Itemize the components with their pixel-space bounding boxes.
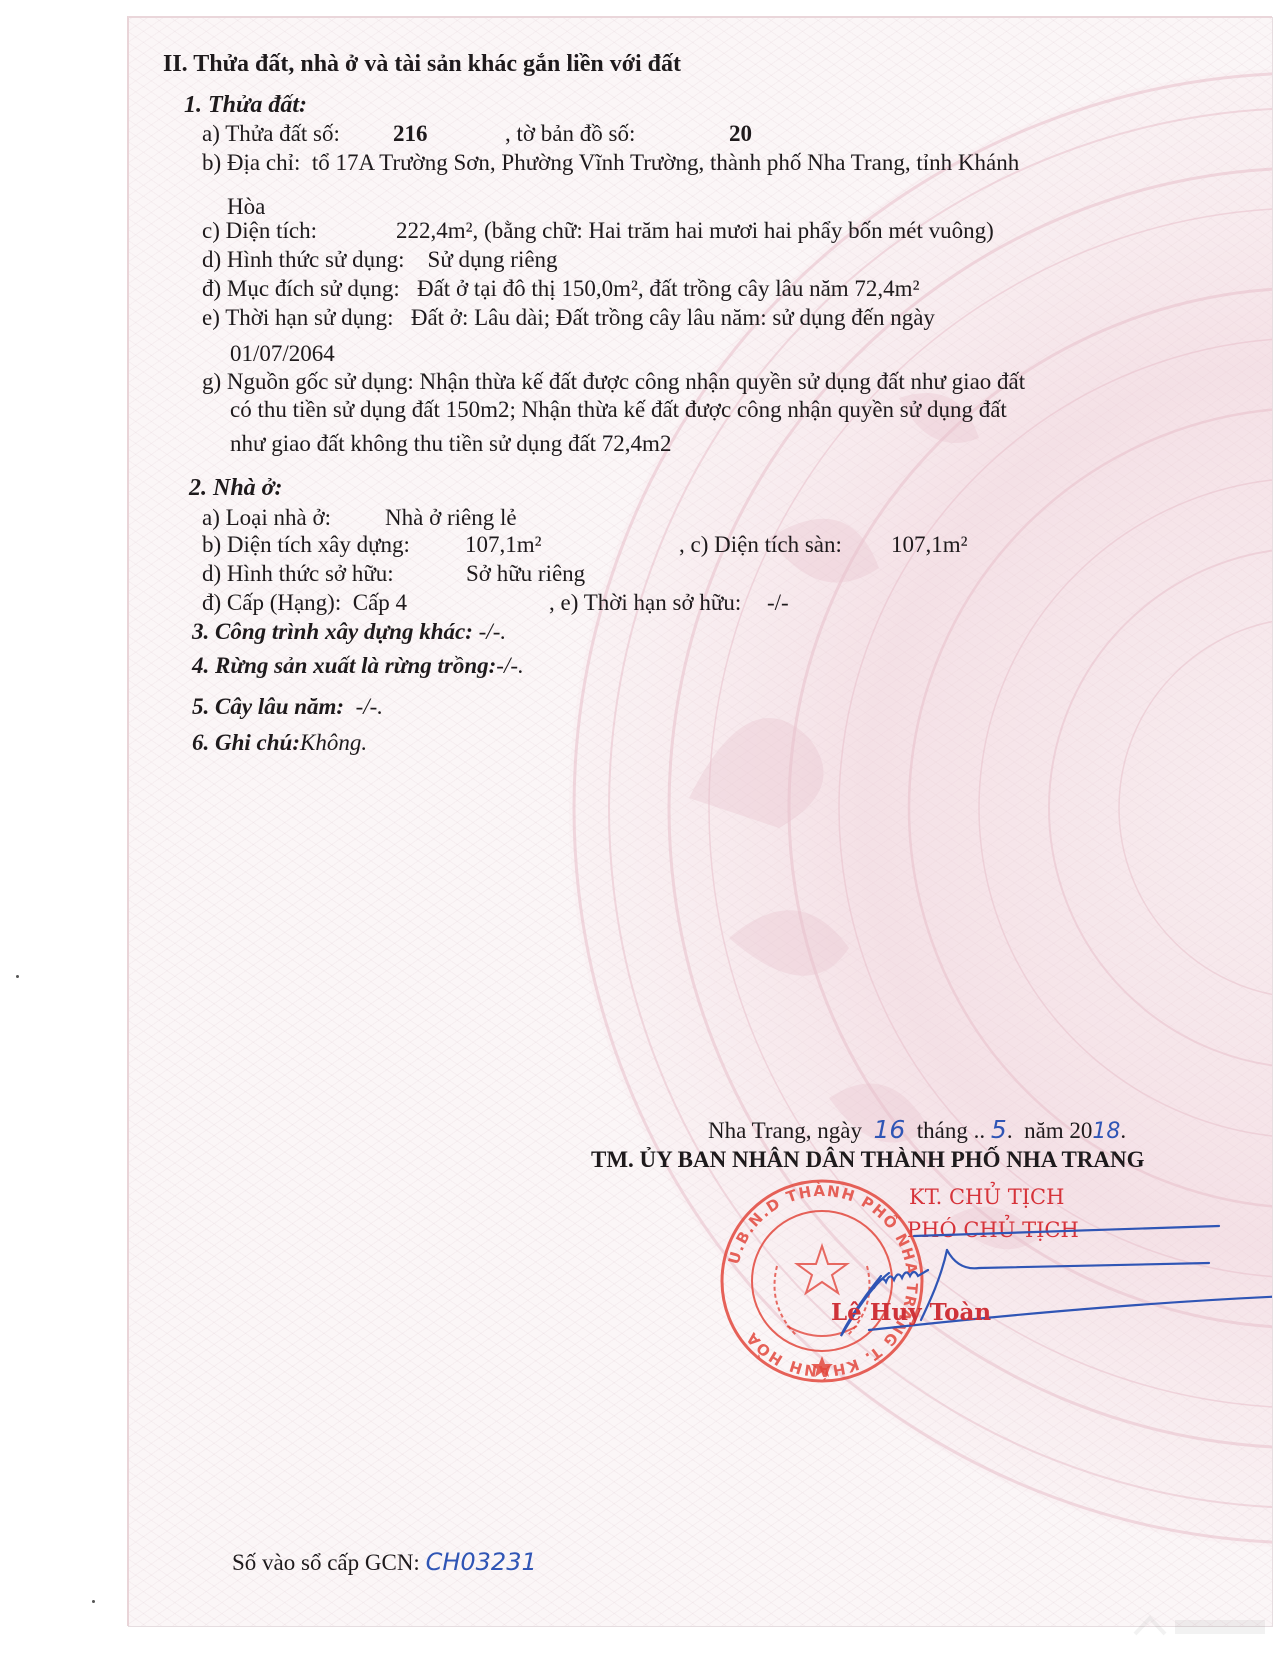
grade-value: Cấp 4 xyxy=(353,590,407,615)
handwritten-signature xyxy=(829,1208,1272,1358)
year-label: năm 20 xyxy=(1024,1118,1092,1143)
registry-row: Số vào sổ cấp GCN: CH03231 xyxy=(232,1548,537,1577)
address-row: b) Địa chỉ: tổ 17A Trường Sơn, Phường Vĩ… xyxy=(202,149,1019,177)
parcel-number: 216 xyxy=(393,120,428,148)
house-type-value: Nhà ở riêng lẻ xyxy=(385,504,517,532)
forest-row: 4. Rừng sản xuất là rừng trồng:-/-. xyxy=(192,652,524,680)
forest-label: 4. Rừng sản xuất là rừng trồng: xyxy=(192,653,496,678)
place-date: Nha Trang, ngày 16 tháng .. 5. năm 2018. xyxy=(708,1116,1126,1146)
section-title: II. Thửa đất, nhà ở và tài sản khác gắn … xyxy=(163,50,681,78)
parcel-label: a) Thửa đất số: xyxy=(202,121,340,146)
own-term-label: , e) Thời hạn sở hữu: xyxy=(549,589,741,617)
registry-label: Số vào sổ cấp GCN: xyxy=(232,1550,420,1575)
signer-name: Lê Huy Toàn xyxy=(831,1299,991,1326)
origin-value-3: như giao đất không thu tiền sử dụng đất … xyxy=(230,430,671,458)
month-handwritten: 5 xyxy=(991,1115,1007,1144)
origin-label: g) Nguồn gốc sử dụng: xyxy=(202,369,414,394)
other-construction-row: 3. Công trình xây dựng khác: -/-. xyxy=(192,618,506,646)
area-label: c) Diện tích: xyxy=(202,217,317,245)
origin-row: g) Nguồn gốc sử dụng: Nhận thừa kế đất đ… xyxy=(202,368,1025,396)
floor-area-label: , c) Diện tích sàn: xyxy=(679,531,842,559)
other-construction-value: -/-. xyxy=(479,619,506,644)
parcel-row: a) Thửa đất số: xyxy=(202,120,340,148)
use-form-row: d) Hình thức sử dụng: Sử dụng riêng xyxy=(202,246,558,274)
term-value: Đất ở: Lâu dài; Đất trồng cây lâu năm: s… xyxy=(411,305,935,330)
use-form-value: Sử dụng riêng xyxy=(428,247,558,272)
use-form-label: d) Hình thức sử dụng: xyxy=(202,247,405,272)
scan-speck xyxy=(16,975,19,978)
term-label: e) Thời hạn sử dụng: xyxy=(202,305,394,330)
purpose-label: đ) Mục đích sử dụng: xyxy=(202,276,400,301)
place-date-prefix: Nha Trang, ngày xyxy=(708,1118,862,1143)
origin-value-1: Nhận thừa kế đất được công nhận quyền sử… xyxy=(420,369,1026,394)
house-heading: 2. Nhà ở: xyxy=(189,474,283,502)
day-handwritten: 16 xyxy=(873,1115,905,1144)
house-type-label: a) Loại nhà ở: xyxy=(202,504,331,532)
on-behalf-title: KT. CHỦ TỊCH xyxy=(909,1185,1064,1209)
perennial-value: -/-. xyxy=(356,694,383,719)
month-label: tháng xyxy=(917,1118,968,1143)
land-heading: 1. Thửa đất: xyxy=(184,91,307,119)
area-value: 222,4m², (bằng chữ: Hai trăm hai mươi ha… xyxy=(396,217,994,245)
certificate-page: II. Thửa đất, nhà ở và tài sản khác gắn … xyxy=(127,16,1272,1626)
note-row: 6. Ghi chú:Không. xyxy=(192,729,367,757)
other-construction-label: 3. Công trình xây dựng khác: xyxy=(192,619,473,644)
grade-row: đ) Cấp (Hạng): Cấp 4 xyxy=(202,589,407,617)
year-handwritten: 18 xyxy=(1092,1119,1120,1144)
build-area-value: 107,1m² xyxy=(465,531,542,559)
note-value: Không. xyxy=(300,730,367,755)
forest-value: -/-. xyxy=(496,653,523,678)
address-value: tổ 17A Trường Sơn, Phường Vĩnh Trường, t… xyxy=(312,150,1019,175)
certificate-content: II. Thửa đất, nhà ở và tài sản khác gắn … xyxy=(129,18,1272,1626)
address-label: b) Địa chỉ: xyxy=(202,150,300,175)
own-term-value: -/- xyxy=(767,589,789,617)
origin-value-2: có thu tiền sử dụng đất 150m2; Nhận thừa… xyxy=(230,396,1007,424)
ownership-label: d) Hình thức sở hữu: xyxy=(202,560,394,588)
build-area-label: b) Diện tích xây dựng: xyxy=(202,531,410,559)
note-label: 6. Ghi chú: xyxy=(192,730,300,755)
issuing-authority: TM. ỦY BAN NHÂN DÂN THÀNH PHỐ NHA TRANG xyxy=(591,1146,1145,1174)
term-row: e) Thời hạn sử dụng: Đất ở: Lâu dài; Đất… xyxy=(202,304,935,332)
term-date: 01/07/2064 xyxy=(230,340,335,368)
perennial-row: 5. Cây lâu năm: -/-. xyxy=(192,693,383,721)
perennial-label: 5. Cây lâu năm: xyxy=(192,694,344,719)
floor-area-value: 107,1m² xyxy=(891,531,968,559)
scan-speck xyxy=(92,1600,95,1603)
grade-label: đ) Cấp (Hạng): xyxy=(202,590,341,615)
ownership-value: Sở hữu riêng xyxy=(466,560,585,588)
map-sheet-number: 20 xyxy=(729,120,752,148)
map-sheet-label: , tờ bản đồ số: xyxy=(505,120,635,148)
watermark-logo-icon xyxy=(1130,1606,1270,1646)
purpose-row: đ) Mục đích sử dụng: Đất ở tại đô thị 15… xyxy=(202,275,919,303)
purpose-value: Đất ở tại đô thị 150,0m², đất trồng cây … xyxy=(417,276,919,301)
registry-number-handwritten: CH03231 xyxy=(426,1548,537,1576)
